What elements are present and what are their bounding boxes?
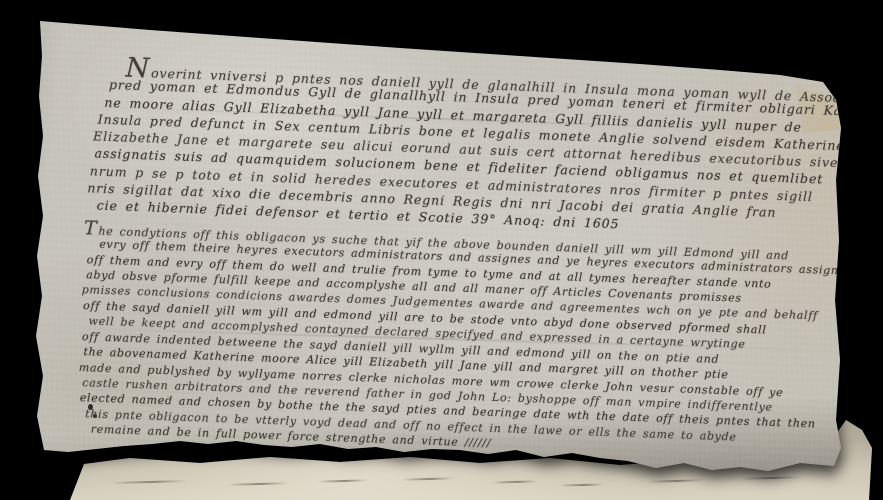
handwritten-text: Noverint vniversi p pntes nos daniell yy…: [70, 58, 855, 464]
manuscript-sheet-wrapper: Noverint vniversi p pntes nos daniell yy…: [0, 0, 883, 500]
english-condition-paragraph: The condytions off this obligacon ys suc…: [70, 221, 849, 465]
manuscript-sheet: Noverint vniversi p pntes nos daniell yy…: [0, 0, 883, 500]
photo-stage: Noverint vniversi p pntes nos daniell yy…: [0, 0, 883, 500]
latin-obligation-paragraph: Noverint vniversi p pntes nos daniell yy…: [78, 58, 855, 241]
